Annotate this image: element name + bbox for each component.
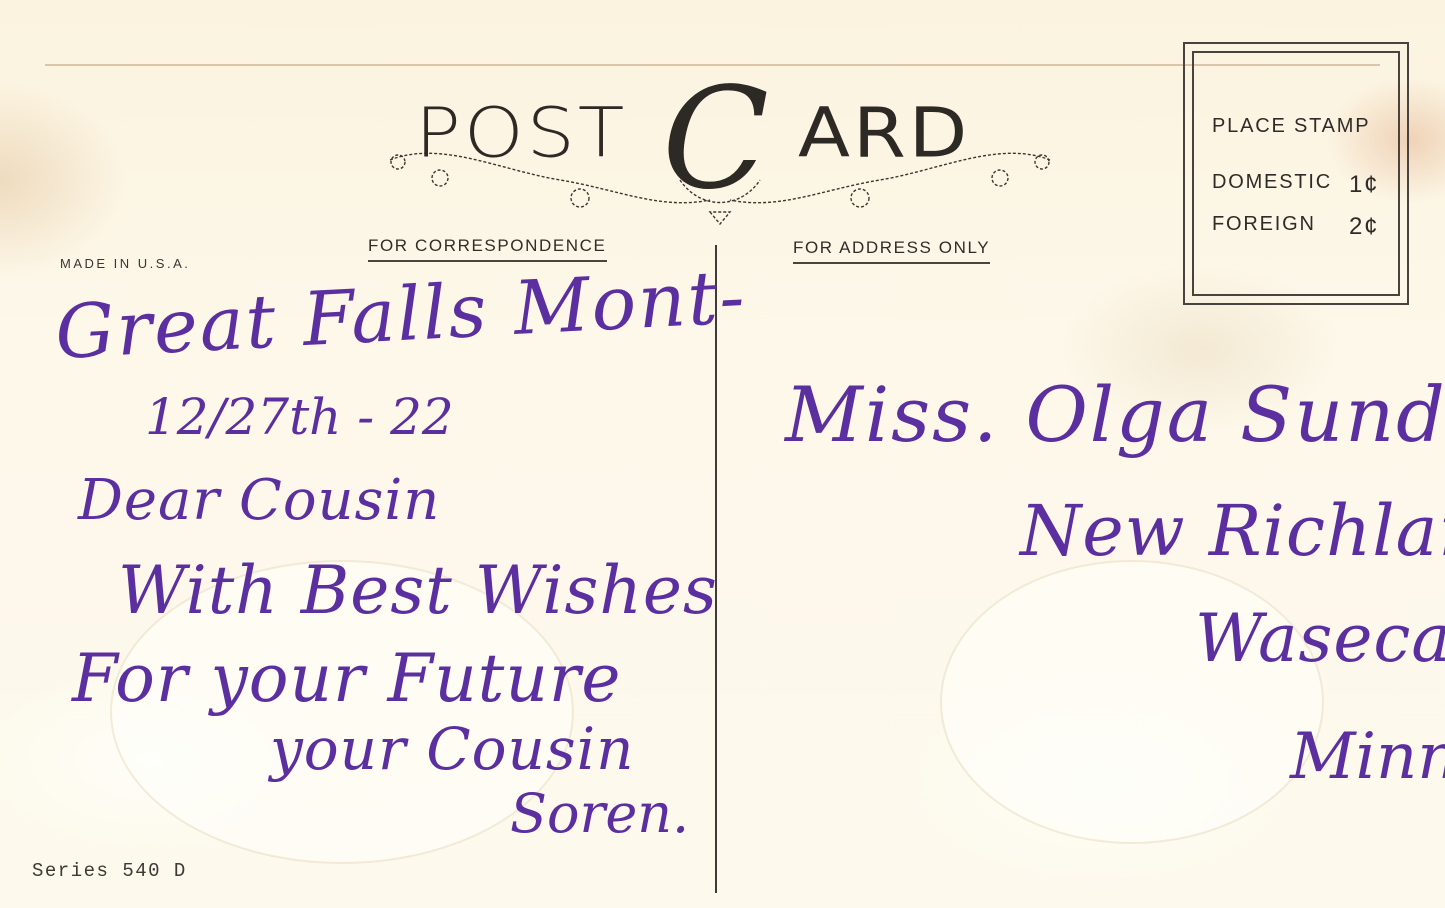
series-number: Series 540 D [32,860,187,882]
title-ard-text: ARD [798,92,970,172]
foreign-rate-label: FOREIGN [1212,213,1316,236]
made-in-label: MADE IN U.S.A. [60,256,190,271]
stamp-box-inner: PLACE STAMP DOMESTIC 1¢ FOREIGN 2¢ [1192,51,1400,296]
address-line: Waseca [1195,600,1445,677]
correspondence-label: FOR CORRESPONDENCE [368,236,607,262]
address-line: Miss. Olga Sunde [785,370,1445,459]
title-post-text: POST [415,92,627,172]
address-line: Minn [1290,720,1445,794]
domestic-rate-value: 1¢ [1349,171,1379,199]
message-signature: Soren. [510,782,689,845]
message-line: With Best Wishes [118,552,718,629]
foreign-rate-value: 2¢ [1349,213,1379,241]
postcard-back: POST C ARD MADE IN U.S.A. FOR CORRESPOND… [0,0,1445,908]
message-line: Dear Cousin [78,468,440,533]
address-label: FOR ADDRESS ONLY [793,238,990,264]
domestic-rate-label: DOMESTIC [1212,171,1332,194]
address-line: New Richland [1020,490,1445,572]
message-line: your Cousin [270,715,635,783]
message-line: Great Falls Mont- [53,254,748,376]
postcard-title: POST C ARD [380,70,1060,230]
message-line: 12/27th - 22 [145,388,454,446]
message-line: For your Future [72,640,621,717]
title-ornate-c: C [662,70,769,210]
place-stamp-text: PLACE STAMP [1212,115,1370,138]
stamp-box: PLACE STAMP DOMESTIC 1¢ FOREIGN 2¢ [1183,42,1409,305]
